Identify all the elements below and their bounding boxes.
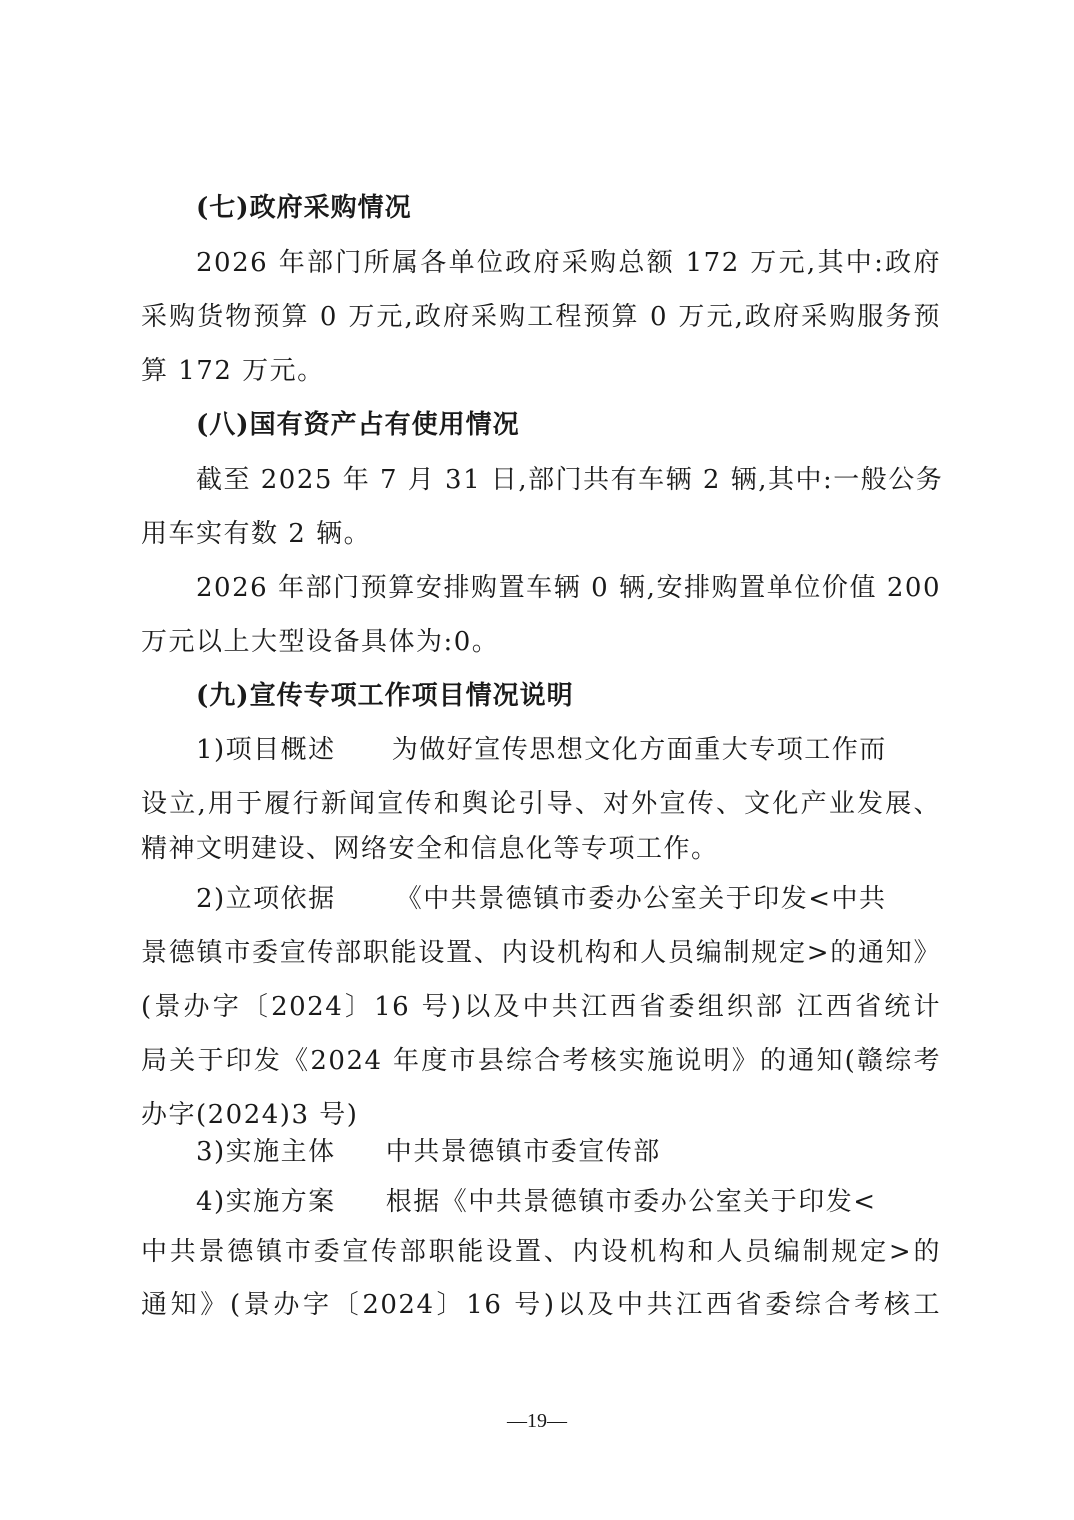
paragraph-line: 2026 年部门预算安排购置车辆 0 辆,安排购置单位价值 200: [196, 568, 941, 608]
paragraph-line: 局关于印发《2024 年度市县综合考核实施说明》的通知(赣综考: [141, 1041, 941, 1081]
item-basis: 2)立项依据《中共景德镇市委办公室关于印发<中共: [196, 879, 941, 919]
paragraph-line: (景办字〔2024〕16 号)以及中共江西省委组织部 江西省统计: [141, 987, 941, 1027]
item-label: 1)项目概述: [196, 735, 336, 765]
page-number: —19—: [0, 1409, 1074, 1433]
document-page: (七)政府采购情况 2026 年部门所属各单位政府采购总额 172 万元,其中:…: [0, 0, 1074, 1520]
item-text: 中共景德镇市委宣传部: [386, 1137, 661, 1167]
section-heading-procurement: (七)政府采购情况: [196, 188, 941, 228]
paragraph-line: 精神文明建设、网络安全和信息化等专项工作。: [141, 829, 941, 869]
paragraph-line: 万元以上大型设备具体为:0。: [141, 622, 941, 662]
item-label: 2)立项依据: [196, 884, 336, 914]
paragraph-line: 2026 年部门所属各单位政府采购总额 172 万元,其中:政府: [196, 243, 941, 283]
item-overview: 1)项目概述为做好宣传思想文化方面重大专项工作而: [196, 730, 941, 770]
paragraph-line: 景德镇市委宣传部职能设置、内设机构和人员编制规定>的通知》: [141, 933, 941, 973]
item-text: 根据《中共景德镇市委办公室关于印发<: [386, 1187, 877, 1217]
item-label: 4)实施方案: [196, 1187, 336, 1217]
paragraph-line: 算 172 万元。: [141, 351, 941, 391]
item-implementer: 3)实施主体中共景德镇市委宣传部: [196, 1132, 941, 1172]
paragraph-line: 截至 2025 年 7 月 31 日,部门共有车辆 2 辆,其中:一般公务: [196, 460, 941, 500]
paragraph-line: 用车实有数 2 辆。: [141, 514, 941, 554]
item-text: 《中共景德镇市委办公室关于印发<中共: [396, 884, 887, 914]
section-heading-assets: (八)国有资产占有使用情况: [196, 405, 941, 445]
item-plan: 4)实施方案根据《中共景德镇市委办公室关于印发<: [196, 1182, 941, 1222]
section-heading-publicity-project: (九)宣传专项工作项目情况说明: [196, 676, 941, 716]
paragraph-line: 通知》(景办字〔2024〕16 号)以及中共江西省委综合考核工: [141, 1285, 941, 1325]
paragraph-line: 办字(2024)3 号): [141, 1095, 941, 1135]
item-label: 3)实施主体: [196, 1137, 336, 1167]
item-text: 为做好宣传思想文化方面重大专项工作而: [392, 735, 887, 765]
paragraph-line: 中共景德镇市委宣传部职能设置、内设机构和人员编制规定>的: [141, 1232, 941, 1272]
paragraph-line: 设立,用于履行新闻宣传和舆论引导、对外宣传、文化产业发展、: [141, 784, 941, 824]
paragraph-line: 采购货物预算 0 万元,政府采购工程预算 0 万元,政府采购服务预: [141, 297, 941, 337]
